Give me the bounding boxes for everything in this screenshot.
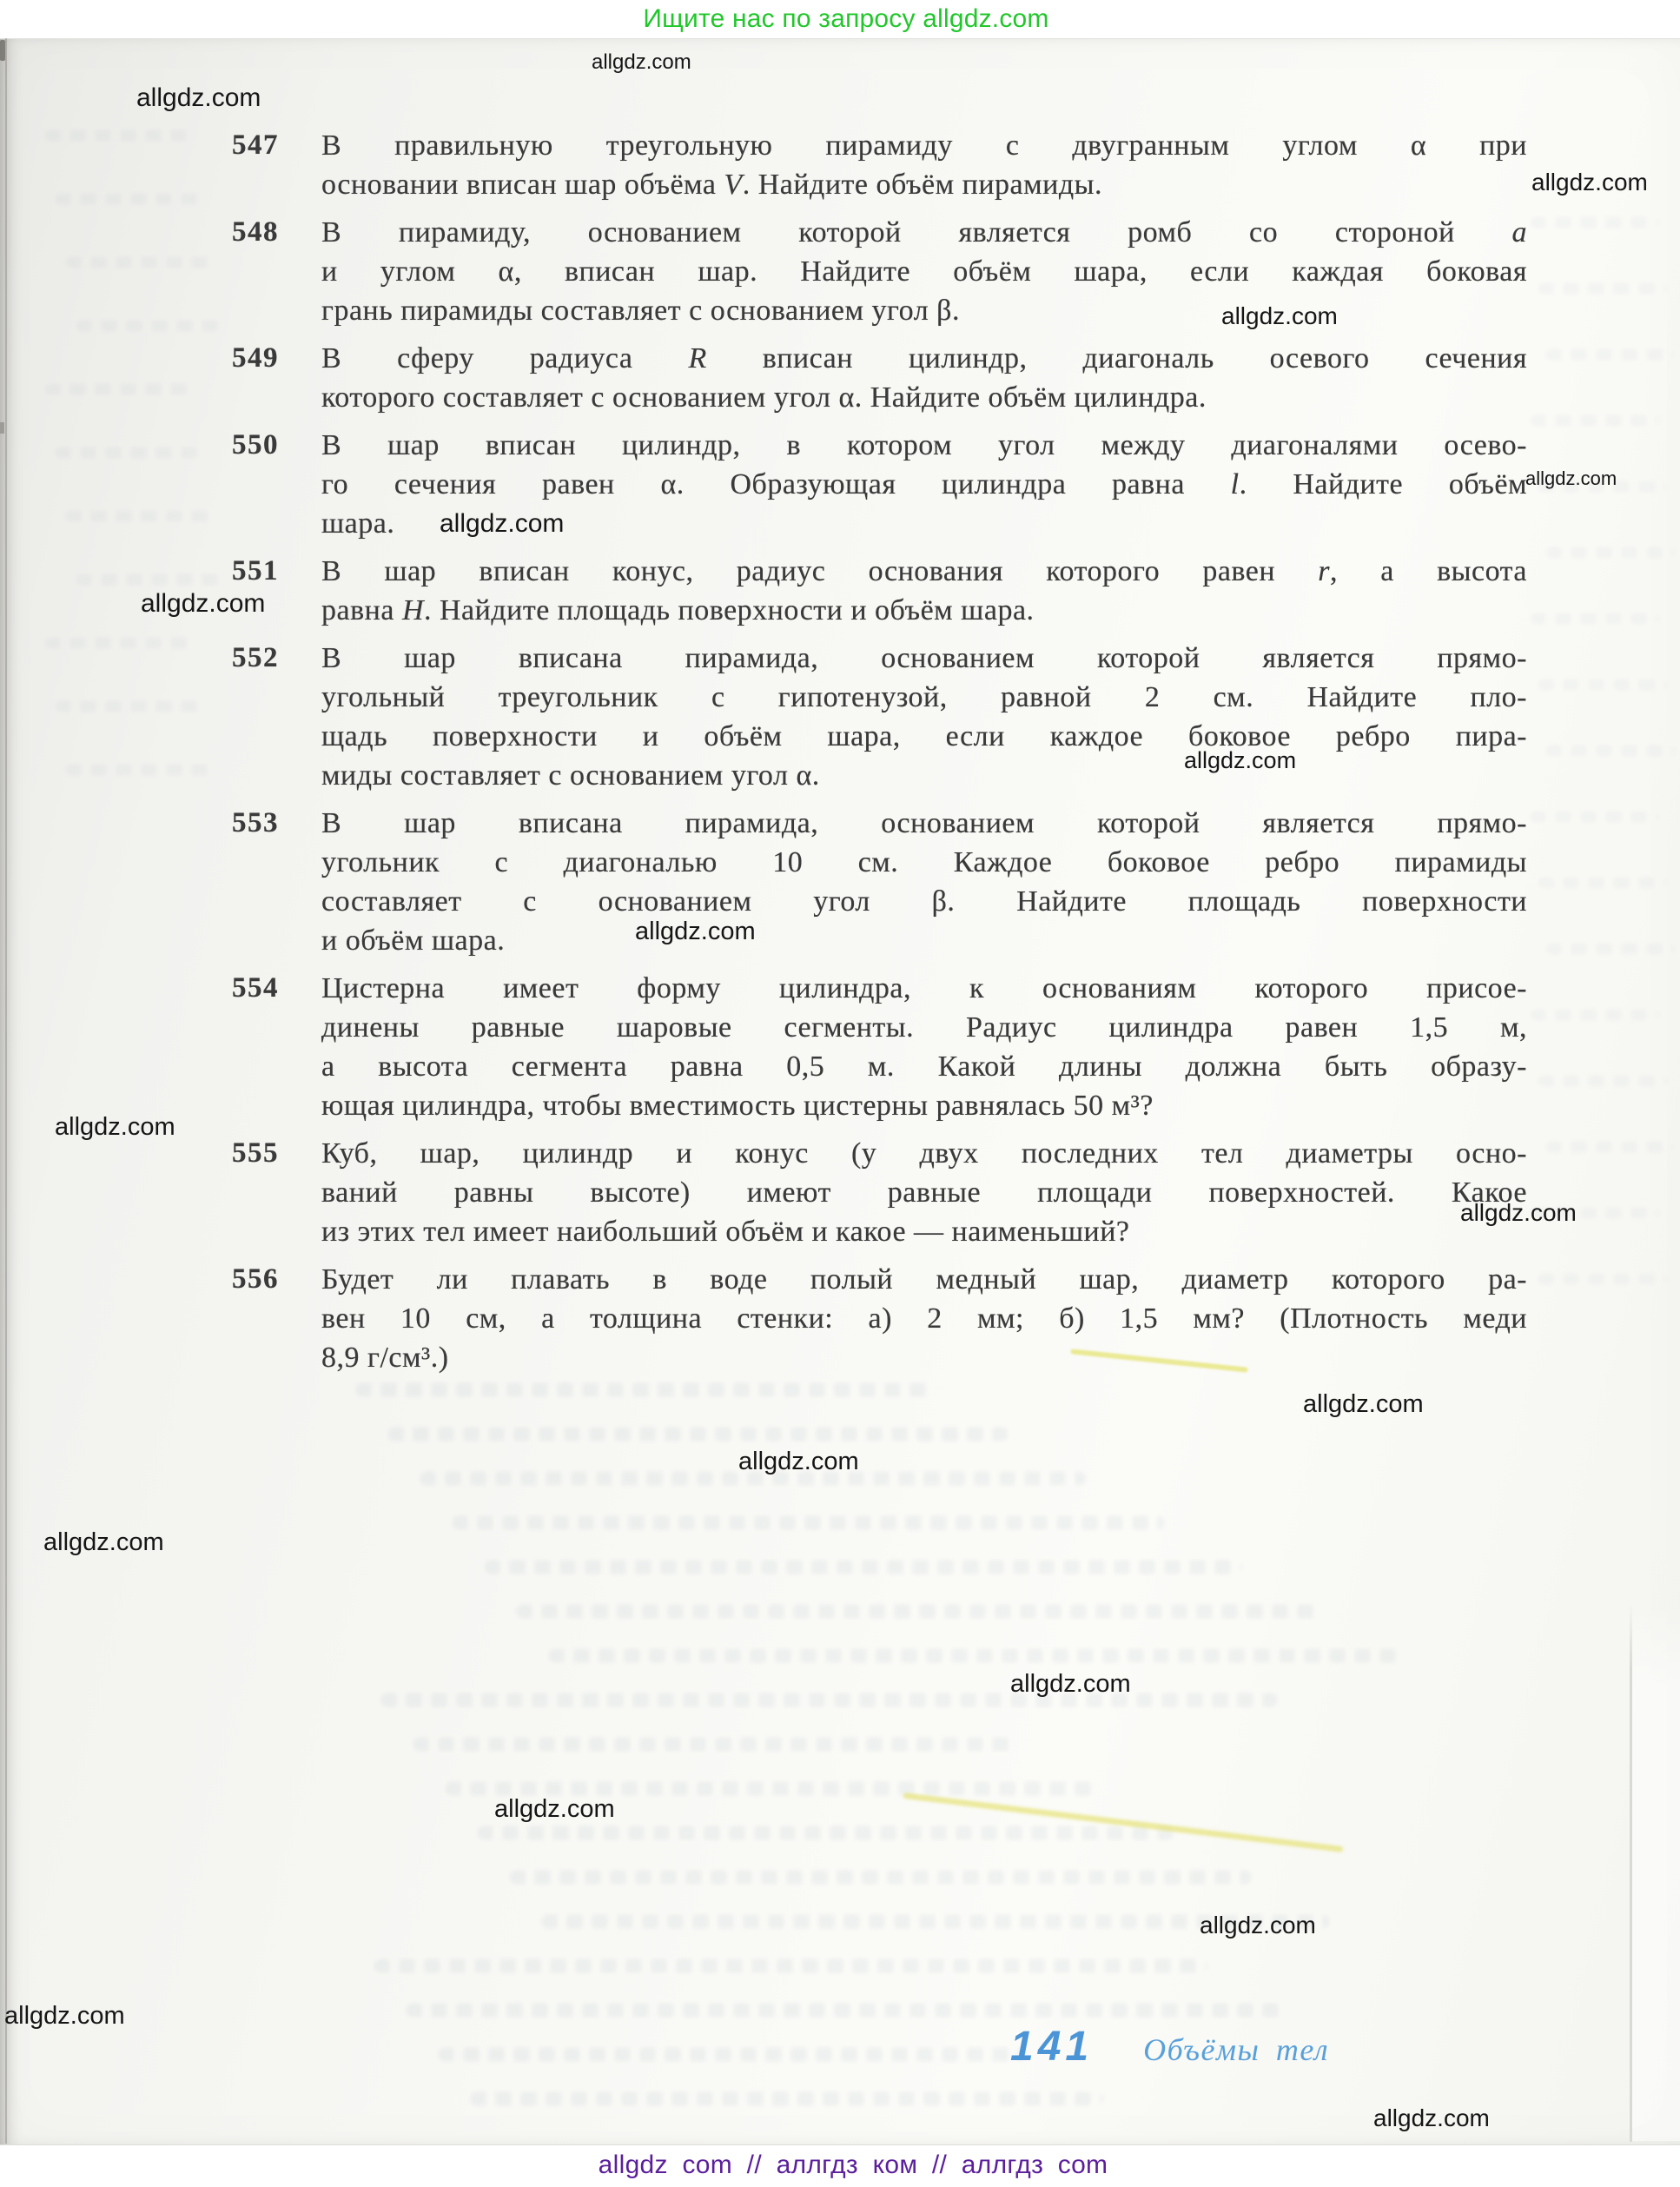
- scan-edge-artifact: [0, 422, 4, 434]
- problem-text: В пирамиду, основанием которой является …: [321, 213, 1527, 330]
- problem-text-line: В пирамиду, основанием которой является …: [321, 213, 1527, 252]
- problem-text-line: В шар вписана пирамида, основанием котор…: [321, 804, 1527, 843]
- problem-text: В шар вписана пирамида, основанием котор…: [321, 639, 1527, 795]
- scan-light-zone: [1632, 1603, 1680, 2141]
- watermark-allgdz: allgdz.com: [440, 509, 564, 539]
- watermark-allgdz: allgdz.com: [1373, 2104, 1490, 2132]
- screenshot-root: Ищите нас по запросу allgdz.com 547В пра…: [0, 0, 1680, 2187]
- problem-text-line: вен 10 см, а толщина стенки: а) 2 мм; б)…: [321, 1299, 1527, 1338]
- problem-text-line: из этих тел имеет наибольший объём и как…: [321, 1212, 1527, 1251]
- watermark-allgdz: allgdz.com: [592, 50, 691, 75]
- problem-text-line: угольник с диагональю 10 см. Каждое боко…: [321, 843, 1527, 882]
- bleed-through-artifact: [1531, 415, 1659, 426]
- bleed-through-artifact: [388, 1428, 1008, 1441]
- problem-item: 551В шар вписан конус, радиус основания …: [232, 552, 1527, 630]
- watermark-allgdz: allgdz.com: [1531, 169, 1648, 196]
- problem-text-line: равна H. Найдите площадь поверхности и о…: [321, 591, 1527, 630]
- bleed-through-artifact: [517, 1605, 1320, 1618]
- problem-text-line: которого составляет с основанием угол α.…: [321, 378, 1527, 417]
- problem-text-line: В шар вписан конус, радиус основания кот…: [321, 552, 1527, 591]
- problem-item: 553В шар вписана пирамида, основанием ко…: [232, 804, 1527, 960]
- problem-text-line: Куб, шар, цилиндр и конус (у двух послед…: [321, 1134, 1527, 1173]
- problem-item: 556Будет ли плавать в воде полый медный …: [232, 1260, 1527, 1377]
- bleed-through-artifact: [549, 1649, 1399, 1662]
- problem-text-line: угольный треугольник с гипотенузой, равн…: [321, 678, 1527, 717]
- problem-item: 550В шар вписан цилиндр, в котором угол …: [232, 426, 1527, 543]
- problem-text: Цистерна имеет форму цилиндра, к основан…: [321, 969, 1527, 1125]
- scan-corner-artifact: [0, 40, 5, 61]
- watermark-allgdz: allgdz.com: [1525, 467, 1617, 490]
- bleed-through-artifact: [66, 257, 212, 268]
- site-footer: allgdz com // аллгдз ком // аллгдз com: [0, 2151, 1680, 2180]
- watermark-allgdz: allgdz.com: [1200, 1912, 1316, 1939]
- bleed-through-artifact: [66, 511, 212, 521]
- bleed-through-artifact: [510, 1871, 1251, 1884]
- bleed-through-artifact: [1546, 547, 1675, 558]
- bleed-through-artifact: [66, 765, 212, 775]
- problem-text-line: ющая цилиндра, чтобы вместимость цистерн…: [321, 1086, 1527, 1125]
- problem-text-line: а высота сегмента равна 0,5 м. Какой дли…: [321, 1047, 1527, 1086]
- problem-text-line: В шар вписан цилиндр, в котором угол меж…: [321, 426, 1527, 465]
- bleed-through-artifact: [1546, 349, 1675, 360]
- bleed-through-artifact: [471, 2092, 1103, 2105]
- problem-text-line: В правильную треугольную пирамиду с двуг…: [321, 126, 1527, 165]
- bleed-through-artifact: [1538, 1076, 1667, 1086]
- bleed-through-artifact: [1538, 283, 1667, 294]
- bleed-through-artifact: [1546, 746, 1675, 756]
- problem-text: В сферу радиуса R вписан цилиндр, диагон…: [321, 339, 1527, 417]
- section-title: Объёмы тел: [1143, 2031, 1329, 2068]
- problem-number: 552: [232, 639, 298, 795]
- page-number: 141: [1010, 2023, 1093, 2071]
- watermark-allgdz: allgdz.com: [1460, 1199, 1577, 1227]
- watermark-allgdz: allgdz.com: [43, 1528, 164, 1557]
- bleed-through-artifact: [439, 2048, 1025, 2061]
- problem-item: 547В правильную треугольную пирамиду с д…: [232, 126, 1527, 204]
- watermark-allgdz: allgdz.com: [1184, 747, 1296, 774]
- watermark-allgdz: allgdz.com: [738, 1448, 859, 1476]
- bleed-through-artifact: [485, 1561, 1242, 1574]
- problem-text-line: 8,9 г/см³.): [321, 1338, 1527, 1377]
- bleed-through-artifact: [374, 1959, 1207, 1972]
- problem-text-line: В шар вписана пирамида, основанием котор…: [321, 639, 1527, 678]
- page-binding-edge: [5, 38, 7, 2144]
- bleed-through-artifact: [446, 1782, 1095, 1795]
- bleed-through-artifact: [453, 1516, 1164, 1529]
- bleed-through-artifact: [381, 1693, 1277, 1707]
- bleed-through-artifact: [407, 2004, 1286, 2017]
- bleed-through-artifact: [56, 701, 202, 712]
- bleed-through-artifact: [45, 384, 191, 394]
- problem-text: В шар вписана пирамида, основанием котор…: [321, 804, 1527, 960]
- problem-text: Будет ли плавать в воде полый медный шар…: [321, 1260, 1527, 1377]
- promo-header: Ищите нас по запросу allgdz.com: [0, 4, 1680, 34]
- problem-number: 550: [232, 426, 298, 543]
- bleed-through-artifact: [478, 1826, 1173, 1839]
- watermark-allgdz: allgdz.com: [4, 2002, 125, 2031]
- problem-number: 548: [232, 213, 298, 330]
- problem-number: 556: [232, 1260, 298, 1377]
- bleed-through-artifact: [1546, 1142, 1675, 1152]
- bleed-through-artifact: [56, 447, 202, 458]
- problem-text-line: Цистерна имеет форму цилиндра, к основан…: [321, 969, 1527, 1008]
- problem-text-line: щадь поверхности и объём шара, если кажд…: [321, 717, 1527, 756]
- problem-text-line: составляет с основанием угол β. Найдите …: [321, 882, 1527, 921]
- bleed-through-artifact: [1531, 613, 1659, 624]
- problem-number: 553: [232, 804, 298, 960]
- problem-item: 549В сферу радиуса R вписан цилиндр, диа…: [232, 339, 1527, 417]
- problem-text: В правильную треугольную пирамиду с двуг…: [321, 126, 1527, 204]
- problem-text-line: миды составляет с основанием угол α.: [321, 756, 1527, 795]
- bleed-through-artifact: [76, 574, 222, 585]
- problem-text-line: грань пирамиды составляет с основанием у…: [321, 291, 1527, 330]
- watermark-allgdz: allgdz.com: [141, 589, 265, 619]
- bleed-through-artifact: [1531, 217, 1659, 228]
- bleed-through-artifact: [56, 194, 202, 204]
- bleed-through-artifact: [1538, 878, 1667, 888]
- problem-item: 554Цистерна имеет форму цилиндра, к осно…: [232, 969, 1527, 1125]
- problem-item: 552В шар вписана пирамида, основанием ко…: [232, 639, 1527, 795]
- problem-text: В шар вписан конус, радиус основания кот…: [321, 552, 1527, 630]
- bleed-through-artifact: [1531, 812, 1659, 822]
- problem-text-line: Будет ли плавать в воде полый медный шар…: [321, 1260, 1527, 1299]
- bleed-through-artifact: [413, 1738, 1016, 1751]
- bleed-through-artifact: [1531, 1010, 1659, 1020]
- page-footer: 141 Объёмы тел: [1010, 2023, 1329, 2071]
- watermark-allgdz: allgdz.com: [136, 83, 261, 113]
- problem-text-line: основании вписан шар объёма V. Найдите о…: [321, 165, 1527, 204]
- watermark-allgdz: allgdz.com: [1221, 302, 1338, 330]
- watermark-allgdz: allgdz.com: [1010, 1670, 1131, 1699]
- watermark-allgdz: allgdz.com: [55, 1113, 175, 1142]
- watermark-allgdz: allgdz.com: [1303, 1390, 1424, 1419]
- bleed-through-artifact: [76, 321, 222, 331]
- problem-text-line: и углом α, вписан шар. Найдите объём шар…: [321, 252, 1527, 291]
- bleed-through-artifact: [45, 130, 191, 141]
- problem-number: 547: [232, 126, 298, 204]
- problem-item: 555Куб, шар, цилиндр и конус (у двух пос…: [232, 1134, 1527, 1251]
- problem-number: 554: [232, 969, 298, 1125]
- bleed-through-artifact: [1538, 679, 1667, 690]
- bleed-through-artifact: [1538, 1274, 1667, 1284]
- problem-text-line: В сферу радиуса R вписан цилиндр, диагон…: [321, 339, 1527, 378]
- watermark-allgdz: allgdz.com: [494, 1795, 615, 1824]
- problem-number: 555: [232, 1134, 298, 1251]
- bleed-through-artifact: [1546, 944, 1675, 954]
- bleed-through-artifact: [45, 638, 191, 648]
- problem-text-line: го сечения равен α. Образующая цилиндра …: [321, 465, 1527, 504]
- problem-text-line: динены равные шаровые сегменты. Радиус ц…: [321, 1008, 1527, 1047]
- problem-number: 549: [232, 339, 298, 417]
- watermark-allgdz: allgdz.com: [635, 918, 756, 946]
- problem-text: Куб, шар, цилиндр и конус (у двух послед…: [321, 1134, 1527, 1251]
- problem-text-line: ваний равны высоте) имеют равные площади…: [321, 1173, 1527, 1212]
- problem-text-line: и объём шара.: [321, 921, 1527, 960]
